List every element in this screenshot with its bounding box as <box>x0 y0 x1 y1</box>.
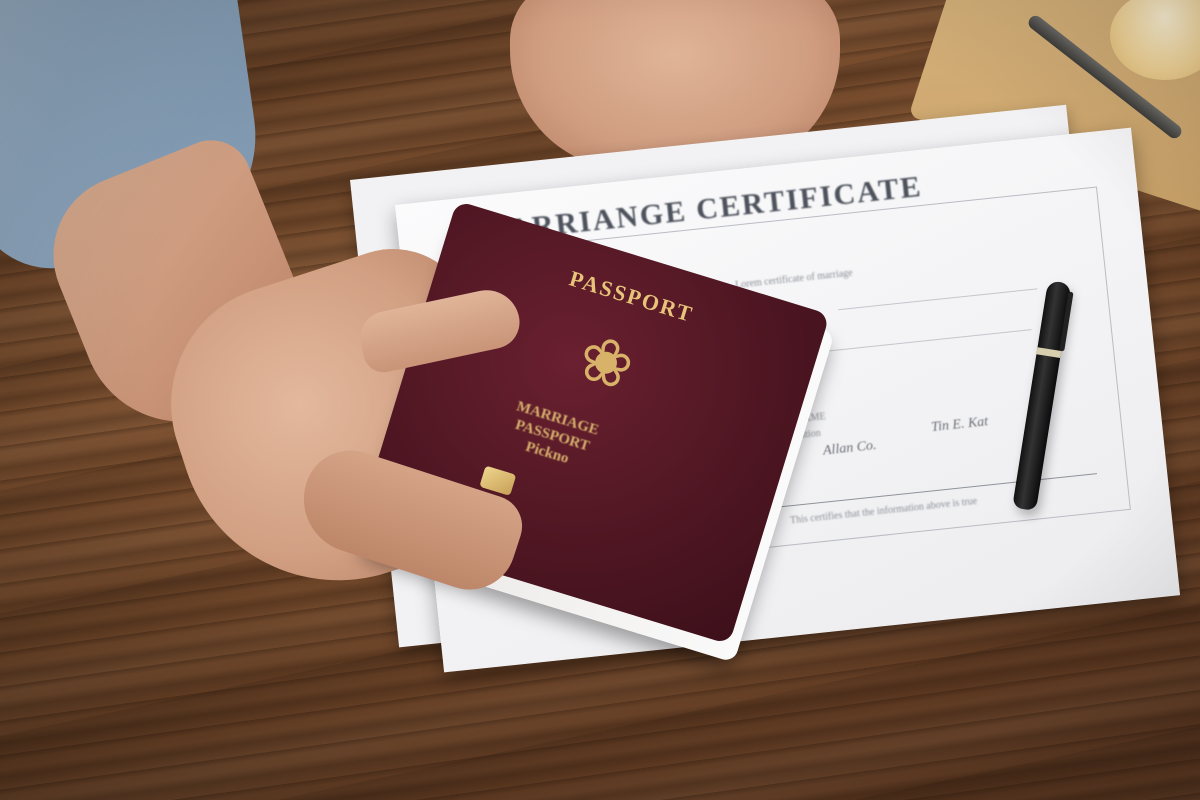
photo-scene: MARRIANGE CERTIFICATE Lorem certificate … <box>0 0 1200 800</box>
pen-band <box>1036 347 1061 358</box>
coat-of-arms-icon: ❀ <box>542 309 671 418</box>
